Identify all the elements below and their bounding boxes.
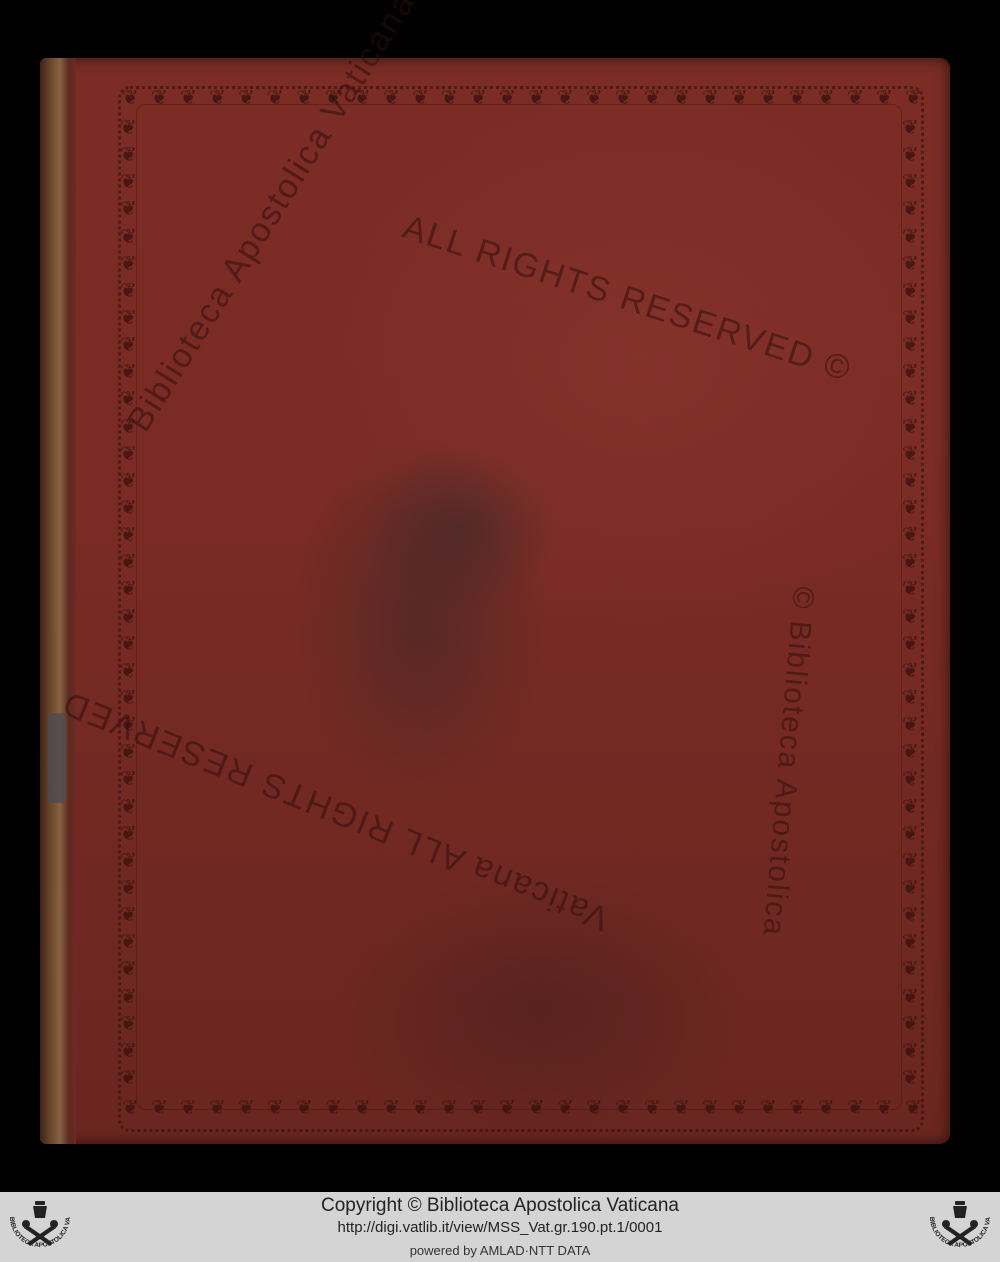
palmette-ornament-icon: ❦ xyxy=(120,172,137,192)
palmette-ornament-icon: ❦ xyxy=(383,1098,400,1118)
palmette-ornament-icon: ❦ xyxy=(902,444,919,464)
palmette-ornament-icon: ❦ xyxy=(902,335,919,355)
palmette-ornament-icon: ❦ xyxy=(847,88,864,108)
palmette-ornament-icon: ❦ xyxy=(902,715,919,735)
palmette-ornament-icon: ❦ xyxy=(120,1041,137,1061)
palmette-ornament-icon: ❦ xyxy=(120,281,137,301)
palmette-ornament-icon: ❦ xyxy=(876,1098,893,1118)
palmette-ornament-icon: ❦ xyxy=(902,417,919,437)
ornament-border-top: ❦❦❦❦❦❦❦❦❦❦❦❦❦❦❦❦❦❦❦❦❦❦❦❦❦❦❦❦ xyxy=(122,88,922,108)
vatican-library-logo-right: BIBLIOTECA APOSTOLICA VATICANA xyxy=(922,1195,998,1259)
palmette-ornament-icon: ❦ xyxy=(120,335,137,355)
palmette-ornament-icon: ❦ xyxy=(586,1098,603,1118)
palmette-ornament-icon: ❦ xyxy=(325,1098,342,1118)
palmette-ornament-icon: ❦ xyxy=(120,959,137,979)
palmette-ornament-icon: ❦ xyxy=(120,878,137,898)
palmette-ornament-icon: ❦ xyxy=(644,1098,661,1118)
permalink-url[interactable]: http://digi.vatlib.it/view/MSS_Vat.gr.19… xyxy=(0,1219,1000,1236)
palmette-ornament-icon: ❦ xyxy=(120,498,137,518)
spine-label xyxy=(48,713,66,803)
palmette-ornament-icon: ❦ xyxy=(122,1098,139,1118)
palmette-ornament-icon: ❦ xyxy=(557,1098,574,1118)
palmette-ornament-icon: ❦ xyxy=(902,525,919,545)
palmette-ornament-icon: ❦ xyxy=(673,1098,690,1118)
palmette-ornament-icon: ❦ xyxy=(902,824,919,844)
palmette-ornament-icon: ❦ xyxy=(789,1098,806,1118)
palmette-ornament-icon: ❦ xyxy=(789,88,806,108)
palmette-ornament-icon: ❦ xyxy=(902,932,919,952)
ornament-border-bottom: ❦❦❦❦❦❦❦❦❦❦❦❦❦❦❦❦❦❦❦❦❦❦❦❦❦❦❦❦ xyxy=(122,1098,922,1118)
palmette-ornament-icon: ❦ xyxy=(296,88,313,108)
palmette-ornament-icon: ❦ xyxy=(120,525,137,545)
palmette-ornament-icon: ❦ xyxy=(120,308,137,328)
palmette-ornament-icon: ❦ xyxy=(847,1098,864,1118)
ornament-border-right: ❦❦❦❦❦❦❦❦❦❦❦❦❦❦❦❦❦❦❦❦❦❦❦❦❦❦❦❦❦❦❦❦❦❦❦❦ xyxy=(902,118,919,1088)
palmette-ornament-icon: ❦ xyxy=(354,1098,371,1118)
book-cover-image: ❦❦❦❦❦❦❦❦❦❦❦❦❦❦❦❦❦❦❦❦❦❦❦❦❦❦❦❦ ❦❦❦❦❦❦❦❦❦❦❦… xyxy=(40,58,950,1144)
book-spine xyxy=(40,58,76,1144)
palmette-ornament-icon: ❦ xyxy=(557,88,574,108)
palmette-ornament-icon: ❦ xyxy=(586,88,603,108)
palmette-ornament-icon: ❦ xyxy=(151,88,168,108)
palmette-ornament-icon: ❦ xyxy=(120,634,137,654)
palmette-ornament-icon: ❦ xyxy=(383,88,400,108)
palmette-ornament-icon: ❦ xyxy=(238,88,255,108)
palmette-ornament-icon: ❦ xyxy=(412,1098,429,1118)
palmette-ornament-icon: ❦ xyxy=(120,932,137,952)
palmette-ornament-icon: ❦ xyxy=(902,688,919,708)
palmette-ornament-icon: ❦ xyxy=(902,1014,919,1034)
copyright-footer: BIBLIOTECA APOSTOLICA VATICANA Copyright… xyxy=(0,1192,1000,1262)
palmette-ornament-icon: ❦ xyxy=(902,308,919,328)
palmette-ornament-icon: ❦ xyxy=(120,552,137,572)
palmette-ornament-icon: ❦ xyxy=(902,1068,919,1088)
palmette-ornament-icon: ❦ xyxy=(120,118,137,138)
palmette-ornament-icon: ❦ xyxy=(902,851,919,871)
palmette-ornament-icon: ❦ xyxy=(902,498,919,518)
palmette-ornament-icon: ❦ xyxy=(902,878,919,898)
palmette-ornament-icon: ❦ xyxy=(120,444,137,464)
palmette-ornament-icon: ❦ xyxy=(902,634,919,654)
palmette-ornament-icon: ❦ xyxy=(151,1098,168,1118)
palmette-ornament-icon: ❦ xyxy=(902,227,919,247)
palmette-ornament-icon: ❦ xyxy=(499,1098,516,1118)
palmette-ornament-icon: ❦ xyxy=(120,199,137,219)
palmette-ornament-icon: ❦ xyxy=(615,88,632,108)
palmette-ornament-icon: ❦ xyxy=(120,797,137,817)
palmette-ornament-icon: ❦ xyxy=(902,579,919,599)
palmette-ornament-icon: ❦ xyxy=(267,1098,284,1118)
palmette-ornament-icon: ❦ xyxy=(528,1098,545,1118)
palmette-ornament-icon: ❦ xyxy=(673,88,690,108)
palmette-ornament-icon: ❦ xyxy=(702,1098,719,1118)
palmette-ornament-icon: ❦ xyxy=(702,88,719,108)
palmette-ornament-icon: ❦ xyxy=(120,905,137,925)
palmette-ornament-icon: ❦ xyxy=(902,1041,919,1061)
palmette-ornament-icon: ❦ xyxy=(760,88,777,108)
palmette-ornament-icon: ❦ xyxy=(902,742,919,762)
palmette-ornament-icon: ❦ xyxy=(902,797,919,817)
palmette-ornament-icon: ❦ xyxy=(267,88,284,108)
palmette-ornament-icon: ❦ xyxy=(120,987,137,1007)
palmette-ornament-icon: ❦ xyxy=(902,661,919,681)
palmette-ornament-icon: ❦ xyxy=(120,145,137,165)
palmette-ornament-icon: ❦ xyxy=(902,389,919,409)
palmette-ornament-icon: ❦ xyxy=(120,579,137,599)
palmette-ornament-icon: ❦ xyxy=(902,118,919,138)
palmette-ornament-icon: ❦ xyxy=(470,88,487,108)
palmette-ornament-icon: ❦ xyxy=(120,607,137,627)
palmette-ornament-icon: ❦ xyxy=(120,824,137,844)
palmette-ornament-icon: ❦ xyxy=(902,607,919,627)
palmette-ornament-icon: ❦ xyxy=(120,254,137,274)
palmette-ornament-icon: ❦ xyxy=(902,172,919,192)
palmette-ornament-icon: ❦ xyxy=(499,88,516,108)
palmette-ornament-icon: ❦ xyxy=(120,1014,137,1034)
palmette-ornament-icon: ❦ xyxy=(412,88,429,108)
palmette-ornament-icon: ❦ xyxy=(120,769,137,789)
palmette-ornament-icon: ❦ xyxy=(120,851,137,871)
palmette-ornament-icon: ❦ xyxy=(180,1098,197,1118)
palmette-ornament-icon: ❦ xyxy=(818,1098,835,1118)
palmette-ornament-icon: ❦ xyxy=(209,1098,226,1118)
palmette-ornament-icon: ❦ xyxy=(905,1098,922,1118)
palmette-ornament-icon: ❦ xyxy=(902,362,919,382)
palmette-ornament-icon: ❦ xyxy=(120,661,137,681)
palmette-ornament-icon: ❦ xyxy=(441,1098,458,1118)
palmette-ornament-icon: ❦ xyxy=(902,552,919,572)
palmette-ornament-icon: ❦ xyxy=(902,987,919,1007)
palmette-ornament-icon: ❦ xyxy=(902,281,919,301)
powered-by-text: powered by AMLAD·NTT DATA xyxy=(0,1243,1000,1258)
palmette-ornament-icon: ❦ xyxy=(902,145,919,165)
palmette-ornament-icon: ❦ xyxy=(528,88,545,108)
palmette-ornament-icon: ❦ xyxy=(644,88,661,108)
palmette-ornament-icon: ❦ xyxy=(120,227,137,247)
palmette-ornament-icon: ❦ xyxy=(122,88,139,108)
palmette-ornament-icon: ❦ xyxy=(905,88,922,108)
palmette-ornament-icon: ❦ xyxy=(760,1098,777,1118)
palmette-ornament-icon: ❦ xyxy=(731,88,748,108)
palmette-ornament-icon: ❦ xyxy=(902,769,919,789)
copyright-text: Copyright © Biblioteca Apostolica Vatica… xyxy=(0,1195,1000,1217)
palmette-ornament-icon: ❦ xyxy=(902,471,919,491)
palmette-ornament-icon: ❦ xyxy=(441,88,458,108)
palmette-ornament-icon: ❦ xyxy=(902,905,919,925)
palmette-ornament-icon: ❦ xyxy=(209,88,226,108)
palmette-ornament-icon: ❦ xyxy=(902,199,919,219)
palmette-ornament-icon: ❦ xyxy=(296,1098,313,1118)
image-viewer[interactable]: ❦❦❦❦❦❦❦❦❦❦❦❦❦❦❦❦❦❦❦❦❦❦❦❦❦❦❦❦ ❦❦❦❦❦❦❦❦❦❦❦… xyxy=(0,0,1000,1192)
palmette-ornament-icon: ❦ xyxy=(731,1098,748,1118)
ornament-border-left: ❦❦❦❦❦❦❦❦❦❦❦❦❦❦❦❦❦❦❦❦❦❦❦❦❦❦❦❦❦❦❦❦❦❦❦❦ xyxy=(120,118,137,1088)
palmette-ornament-icon: ❦ xyxy=(876,88,893,108)
palmette-ornament-icon: ❦ xyxy=(902,254,919,274)
palmette-ornament-icon: ❦ xyxy=(120,1068,137,1088)
palmette-ornament-icon: ❦ xyxy=(238,1098,255,1118)
palmette-ornament-icon: ❦ xyxy=(470,1098,487,1118)
palmette-ornament-icon: ❦ xyxy=(615,1098,632,1118)
palmette-ornament-icon: ❦ xyxy=(120,471,137,491)
palmette-ornament-icon: ❦ xyxy=(818,88,835,108)
palmette-ornament-icon: ❦ xyxy=(180,88,197,108)
palmette-ornament-icon: ❦ xyxy=(902,959,919,979)
palmette-ornament-icon: ❦ xyxy=(120,362,137,382)
